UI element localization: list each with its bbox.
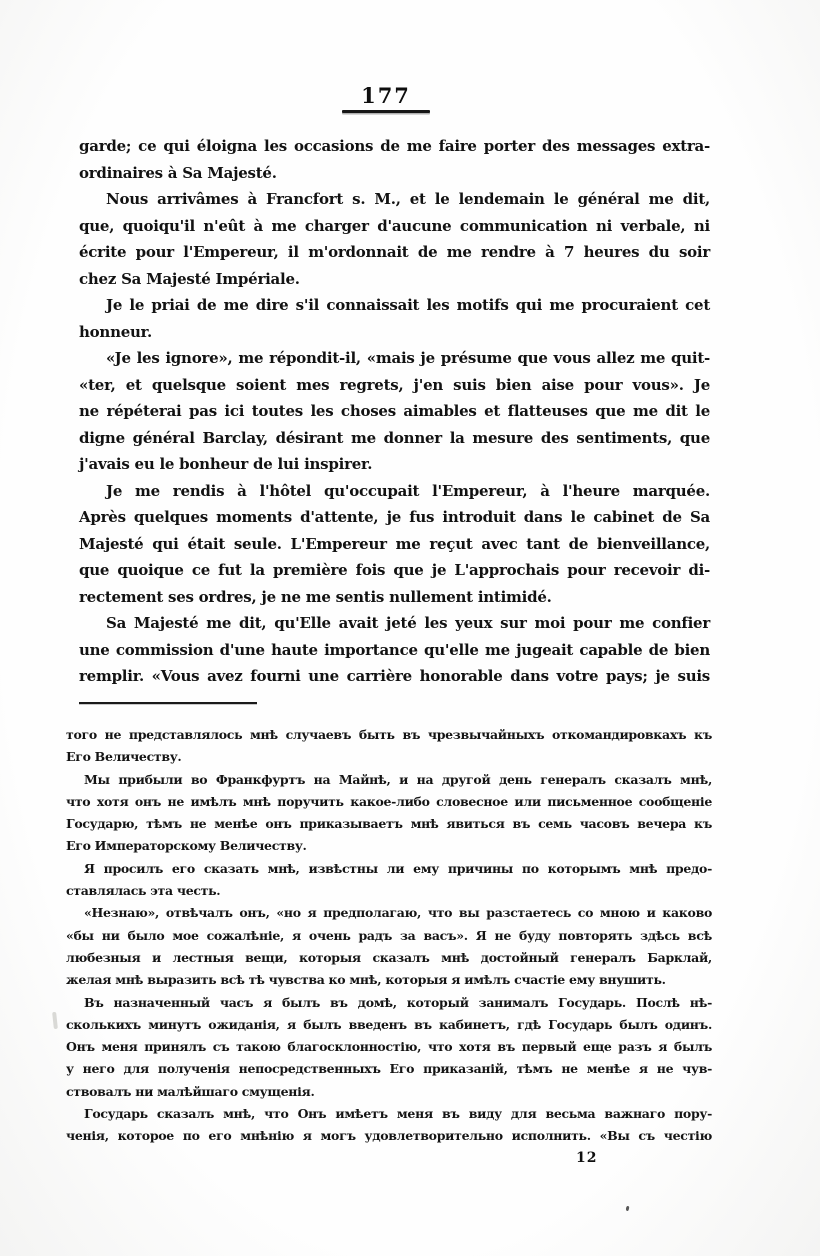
- ink-speck: [625, 1206, 629, 1212]
- text-line: у него для полученія непосредственныхъ Е…: [66, 1058, 712, 1080]
- text-line: Его Императорскому Величеству.: [66, 835, 712, 857]
- text-line: Sa Majesté me dit, qu'Elle avait jeté le…: [79, 610, 710, 637]
- scanned-book-page: { "page": { "number": "177", "signature"…: [0, 0, 820, 1256]
- text-line: «бы ни было мое сожалѣніе, я очень радъ …: [66, 925, 712, 947]
- text-line: Государю, тѣмъ не менѣе онъ приказываетъ…: [66, 813, 712, 835]
- text-line: ставлялась эта честь.: [66, 880, 712, 902]
- text-line: Его Величеству.: [66, 746, 712, 768]
- text-line: Majesté qui était seule. L'Empereur me r…: [79, 531, 710, 558]
- text-line: garde; ce qui éloigna les occasions de m…: [79, 133, 710, 160]
- text-line: une commission d'une haute importance qu…: [79, 637, 710, 664]
- text-line: сколькихъ минутъ ожиданія, я былъ введен…: [66, 1014, 712, 1036]
- text-line: ченія, которое по его мнѣнію я могъ удов…: [66, 1125, 712, 1147]
- text-line: ordinaires à Sa Majesté.: [79, 160, 710, 187]
- text-line: j'avais eu le bonheur de lui inspirer.: [79, 451, 710, 478]
- text-line: Государь сказалъ мнѣ, что Онъ имѣетъ мен…: [66, 1103, 712, 1125]
- text-line: «Незнаю», отвѣчалъ онъ, «но я предполага…: [66, 902, 712, 924]
- text-line: любезныя и лестныя вещи, которыя сказалъ…: [66, 947, 712, 969]
- text-line: Въ назначенный часъ я былъ въ домѣ, кото…: [66, 992, 712, 1014]
- text-line: que quoique ce fut la première fois que …: [79, 557, 710, 584]
- text-line: ne répéterai pas ici toutes les choses a…: [79, 398, 710, 425]
- signature-number: 12: [576, 1150, 597, 1166]
- text-line: honneur.: [79, 319, 710, 346]
- page-number: 177: [338, 84, 434, 108]
- text-line: что хотя онъ не имѣлъ мнѣ поручить какое…: [66, 791, 712, 813]
- text-line: Я просилъ его сказать мнѣ, извѣстны ли е…: [66, 858, 712, 880]
- footnote-separator-rule: [79, 702, 257, 704]
- text-line: Онъ меня принялъ съ такою благосклонност…: [66, 1036, 712, 1058]
- main-text-french: garde; ce qui éloigna les occasions de m…: [79, 133, 710, 690]
- text-line: chez Sa Majesté Impériale.: [79, 266, 710, 293]
- text-line: «ter, et quelsque soient mes regrets, j'…: [79, 372, 710, 399]
- text-line: Мы прибыли во Франкфуртъ на Майнѣ, и на …: [66, 769, 712, 791]
- text-line: желая мнѣ выразить всѣ тѣ чувства ко мнѣ…: [66, 969, 712, 991]
- page-background: 177 garde; ce qui éloigna les occasions …: [0, 0, 820, 1256]
- margin-smudge: [52, 1012, 58, 1029]
- text-line: écrite pour l'Empereur, il m'ordonnait d…: [79, 239, 710, 266]
- text-line: Je le priai de me dire s'il connaissait …: [79, 292, 710, 319]
- text-line: Je me rendis à l'hôtel qu'occupait l'Emp…: [79, 478, 710, 505]
- footnote-text-russian: того не представлялось мнѣ случаевъ быть…: [66, 724, 712, 1148]
- text-line: que, quoiqu'il n'eût à me charger d'aucu…: [79, 213, 710, 240]
- text-line: digne général Barclay, désirant me donne…: [79, 425, 710, 452]
- text-line: remplir. «Vous avez fourni une carrière …: [79, 663, 710, 690]
- text-line: «Je les ignore», me répondit-il, «mais j…: [79, 345, 710, 372]
- text-line: Nous arrivâmes à Francfort s. M., et le …: [79, 186, 710, 213]
- text-line: rectement ses ordres, je ne me sentis nu…: [79, 584, 710, 611]
- page-number-underline: [342, 110, 430, 113]
- page-header: 177: [338, 84, 434, 113]
- text-line: Après quelques moments d'attente, je fus…: [79, 504, 710, 531]
- text-line: ствовалъ ни малѣйшаго смущенія.: [66, 1081, 712, 1103]
- text-line: того не представлялось мнѣ случаевъ быть…: [66, 724, 712, 746]
